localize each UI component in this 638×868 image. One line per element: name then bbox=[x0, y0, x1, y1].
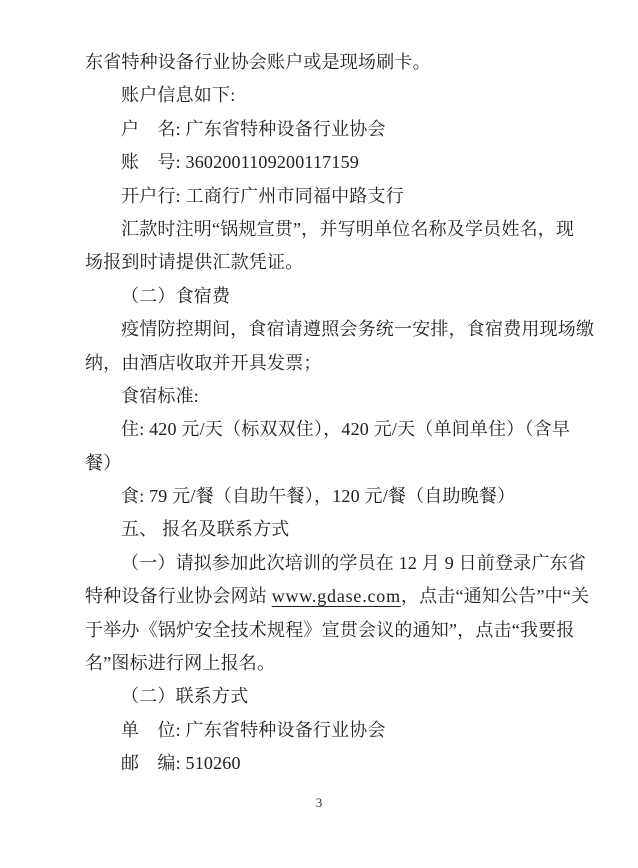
registration-instruction-line-4: 名”图标进行网上报名。 bbox=[85, 647, 585, 680]
section-registration-contact-heading: 五、 报名及联系方式 bbox=[85, 513, 585, 546]
registration-instruction-line-3: 于举办《锅炉安全技术规程》宣贯会议的通知”，点击“我要报 bbox=[85, 614, 585, 647]
lodging-policy-line-1: 疫情防控期间，食宿请遵照会务统一安排，食宿费用现场缴 bbox=[85, 313, 585, 346]
lodging-rate-line-1: 住: 420 元/天（标双双住），420 元/天（单间单住）（含早 bbox=[85, 413, 585, 446]
page-number: 3 bbox=[0, 794, 638, 812]
meal-rate-line: 食: 79 元/餐（自助午餐），120 元/餐（自助晚餐） bbox=[85, 480, 585, 513]
registration-instruction-line-2: 特种设备行业协会网站 www.gdase.com，点击“通知公告”中“关 bbox=[85, 580, 585, 613]
registration-instruction-post-url-text: ，点击“通知公告”中“关 bbox=[401, 586, 589, 606]
lodging-standard-intro-line: 食宿标准: bbox=[85, 380, 585, 413]
bank-branch-line: 开户行: 工商行广州市同福中路支行 bbox=[85, 180, 585, 213]
website-url: www.gdase.com bbox=[272, 586, 401, 606]
account-info-intro-line: 账户信息如下: bbox=[85, 79, 585, 112]
registration-instruction-line-1: （一）请拟参加此次培训的学员在 12 月 9 日前登录广东省 bbox=[85, 547, 585, 580]
lodging-rate-line-2: 餐） bbox=[85, 447, 585, 480]
lodging-policy-line-2: 纳，由酒店收取并开具发票； bbox=[85, 347, 585, 380]
remittance-note-line-1: 汇款时注明“锅规宣贯”，并写明单位名称及学员姓名，现 bbox=[85, 213, 585, 246]
page-content: 东省特种设备行业协会账户或是现场刷卡。 账户信息如下: 户 名: 广东省特种设备… bbox=[85, 46, 585, 781]
contact-postcode-line: 邮 编: 510260 bbox=[85, 747, 585, 780]
section-lodging-fee-heading: （二）食宿费 bbox=[85, 280, 585, 313]
continuation-line: 东省特种设备行业协会账户或是现场刷卡。 bbox=[85, 46, 585, 79]
remittance-note-line-2: 场报到时请提供汇款凭证。 bbox=[85, 246, 585, 279]
account-number-line: 账 号: 3602001109200117159 bbox=[85, 146, 585, 179]
document-page: 东省特种设备行业协会账户或是现场刷卡。 账户信息如下: 户 名: 广东省特种设备… bbox=[0, 0, 638, 868]
registration-instruction-pre-url-text: 特种设备行业协会网站 bbox=[85, 586, 272, 606]
contact-unit-line: 单 位: 广东省特种设备行业协会 bbox=[85, 714, 585, 747]
section-contact-heading: （二）联系方式 bbox=[85, 680, 585, 713]
account-name-line: 户 名: 广东省特种设备行业协会 bbox=[85, 113, 585, 146]
